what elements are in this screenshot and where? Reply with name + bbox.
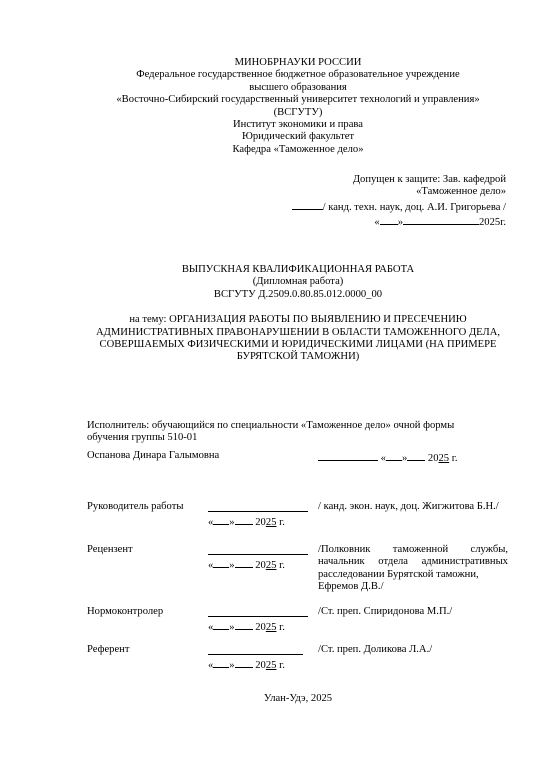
city-year: Улан-Удэ, 2025	[84, 693, 512, 705]
document-page: МИНОБРНАУКИ РОССИИ Федеральное государст…	[0, 0, 545, 771]
referent-date: «» 2025 г.	[208, 657, 285, 672]
work-code: ВСГУТУ Д.2509.0.80.85.012.0000_00	[84, 289, 512, 301]
day-blank	[213, 657, 229, 668]
executor-line2: обучения группы 510-01	[87, 432, 197, 444]
referent-signature-line	[208, 654, 303, 655]
normcontroller-person: /Ст. преп. Спиридонова М.П./	[318, 606, 452, 618]
month-blank	[235, 557, 253, 568]
normcontroller-signature-line	[208, 616, 308, 617]
day-blank	[213, 619, 229, 630]
day-blank	[386, 450, 402, 461]
header-block: МИНОБРНАУКИ РОССИИ Федеральное государст…	[84, 57, 512, 156]
approval-block: Допущен к защите: Зав. кафедрой «Таможен…	[292, 174, 506, 230]
topic-line2: АДМИНИСТРАТИВНЫХ ПРАВОНАРУШЕНИИ В ОБЛАСТ…	[78, 327, 518, 339]
approval-date: «»2025г.	[292, 214, 506, 229]
month-blank	[235, 657, 253, 668]
approval-line2: «Таможенное дело»	[292, 186, 506, 198]
title-block: ВЫПУСКНАЯ КВАЛИФИКАЦИОННАЯ РАБОТА (Дипло…	[84, 264, 512, 364]
reviewer-signature-line	[208, 554, 308, 555]
university-abbr: (ВСГУТУ)	[84, 107, 512, 119]
institution-level: высшего образования	[84, 82, 512, 94]
topic-line3: СОВЕРШАЕМЫХ ФИЗИЧЕСКИМИ И ЮРИДИЧЕСКИМИ Л…	[84, 339, 512, 351]
approval-line1: Допущен к защите: Зав. кафедрой	[292, 174, 506, 186]
role-normcontroller: Нормоконтролер	[87, 606, 163, 618]
signature-blank	[318, 450, 378, 461]
month-blank	[235, 619, 253, 630]
day-blank	[380, 214, 398, 225]
work-type: ВЫПУСКНАЯ КВАЛИФИКАЦИОННАЯ РАБОТА	[84, 264, 512, 276]
supervisor-person: / канд. экон. наук, доц. Жигжитова Б.Н./	[318, 501, 499, 513]
normcontroller-date: «» 2025 г.	[208, 619, 285, 634]
institute: Институт экономики и права	[84, 119, 512, 131]
work-subtype: (Дипломная работа)	[84, 276, 512, 288]
topic-line4: БУРЯТСКОЙ ТАМОЖНИ)	[84, 351, 512, 363]
role-supervisor: Руководитель работы	[87, 501, 183, 513]
signature-blank	[292, 199, 323, 210]
month-blank	[235, 514, 253, 525]
executor-line1: Исполнитель: обучающийся по специальност…	[87, 420, 454, 432]
faculty: Юридический факультет	[84, 131, 512, 143]
approval-line3: / канд. техн. наук, доц. А.И. Григорьева…	[292, 199, 506, 214]
ministry: МИНОБРНАУКИ РОССИИ	[84, 57, 512, 69]
day-blank	[213, 557, 229, 568]
role-reviewer: Рецензент	[87, 544, 133, 556]
topic-line1: на тему: ОРГАНИЗАЦИЯ РАБОТЫ ПО ВЫЯВЛЕНИЮ…	[84, 314, 512, 326]
month-blank	[407, 450, 425, 461]
referent-person: /Ст. преп. Доликова Л.А./	[318, 644, 432, 656]
executor-name: Оспанова Динара Галымовна	[87, 450, 219, 462]
reviewer-date: «» 2025 г.	[208, 557, 285, 572]
department: Кафедра «Таможенное дело»	[84, 144, 512, 156]
executor-date: «» 2025 г.	[318, 450, 458, 465]
university-name: «Восточно-Сибирский государственный унив…	[78, 94, 518, 106]
day-blank	[213, 514, 229, 525]
supervisor-signature-line	[208, 511, 308, 512]
month-blank	[403, 214, 479, 225]
supervisor-date: «» 2025 г.	[208, 514, 285, 529]
institution-type: Федеральное государственное бюджетное об…	[84, 69, 512, 81]
reviewer-person: /Полковник таможенной службы, начальник …	[318, 544, 508, 594]
role-referent: Референт	[87, 644, 129, 656]
